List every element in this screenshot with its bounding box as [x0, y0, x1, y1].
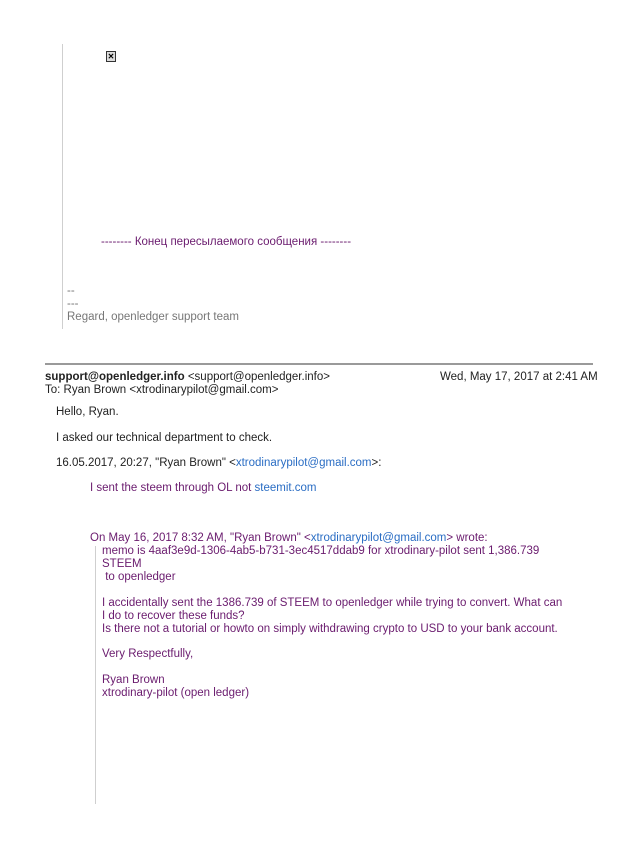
- quote1-body: I sent the steem through OL not: [90, 482, 255, 494]
- quote-header-text: 16.05.2017, 20:27, "Ryan Brown" <: [56, 457, 236, 469]
- quote2-header-text: On May 16, 2017 8:32 AM, "Ryan Brown" <: [90, 532, 311, 544]
- quote2-header: On May 16, 2017 8:32 AM, "Ryan Brown" <x…: [90, 532, 488, 544]
- signature-dash-2: ---: [67, 298, 79, 310]
- end-forward-marker: -------- Конец пересылаемого сообщения -…: [101, 236, 351, 248]
- message-divider: [45, 363, 593, 365]
- steemit-link[interactable]: steemit.com: [255, 482, 317, 494]
- signer-handle: xtrodinary-pilot (open ledger): [102, 687, 249, 699]
- body-line-1: I asked our technical department to chec…: [56, 432, 272, 444]
- sender-address: <support@openledger.info>: [188, 371, 330, 383]
- paragraph-line-2: I do to recover these funds?: [102, 610, 245, 622]
- signature-text: Regard, openledger support team: [67, 311, 239, 323]
- paragraph-line-1: I accidentally sent the 1386.739 of STEE…: [102, 597, 562, 609]
- quote-header-email-link[interactable]: xtrodinarypilot@gmail.com: [236, 457, 372, 469]
- greeting: Hello, Ryan.: [56, 406, 119, 418]
- message-date: Wed, May 17, 2017 at 2:41 AM: [440, 371, 598, 383]
- quote2-header-suffix: > wrote:: [446, 532, 487, 544]
- quote-bar-outer: [62, 44, 63, 329]
- signature-dash-1: --: [67, 285, 75, 297]
- quote-header-suffix: >:: [372, 457, 382, 469]
- broken-image-icon: ✕: [106, 51, 116, 62]
- signer-name: Ryan Brown: [102, 674, 165, 686]
- quote2-email-link[interactable]: xtrodinarypilot@gmail.com: [311, 532, 447, 544]
- quote1-text: I sent the steem through OL not steemit.…: [90, 482, 317, 494]
- sender-email[interactable]: support@openledger.info: [45, 371, 185, 383]
- quote-header: 16.05.2017, 20:27, "Ryan Brown" <xtrodin…: [56, 457, 381, 469]
- quote-bar-inner: [95, 546, 96, 804]
- memo-line-2: STEEM: [102, 558, 142, 570]
- memo-line-3: to openledger: [102, 571, 176, 583]
- paragraph-line-3: Is there not a tutorial or howto on simp…: [102, 623, 558, 635]
- memo-line-1: memo is 4aaf3e9d-1306-4ab5-b731-3ec4517d…: [102, 545, 539, 557]
- sender-line: support@openledger.info <support@openled…: [45, 371, 330, 383]
- recipient-line: To: Ryan Brown <xtrodinarypilot@gmail.co…: [45, 384, 278, 396]
- closing: Very Respectfully,: [102, 648, 193, 660]
